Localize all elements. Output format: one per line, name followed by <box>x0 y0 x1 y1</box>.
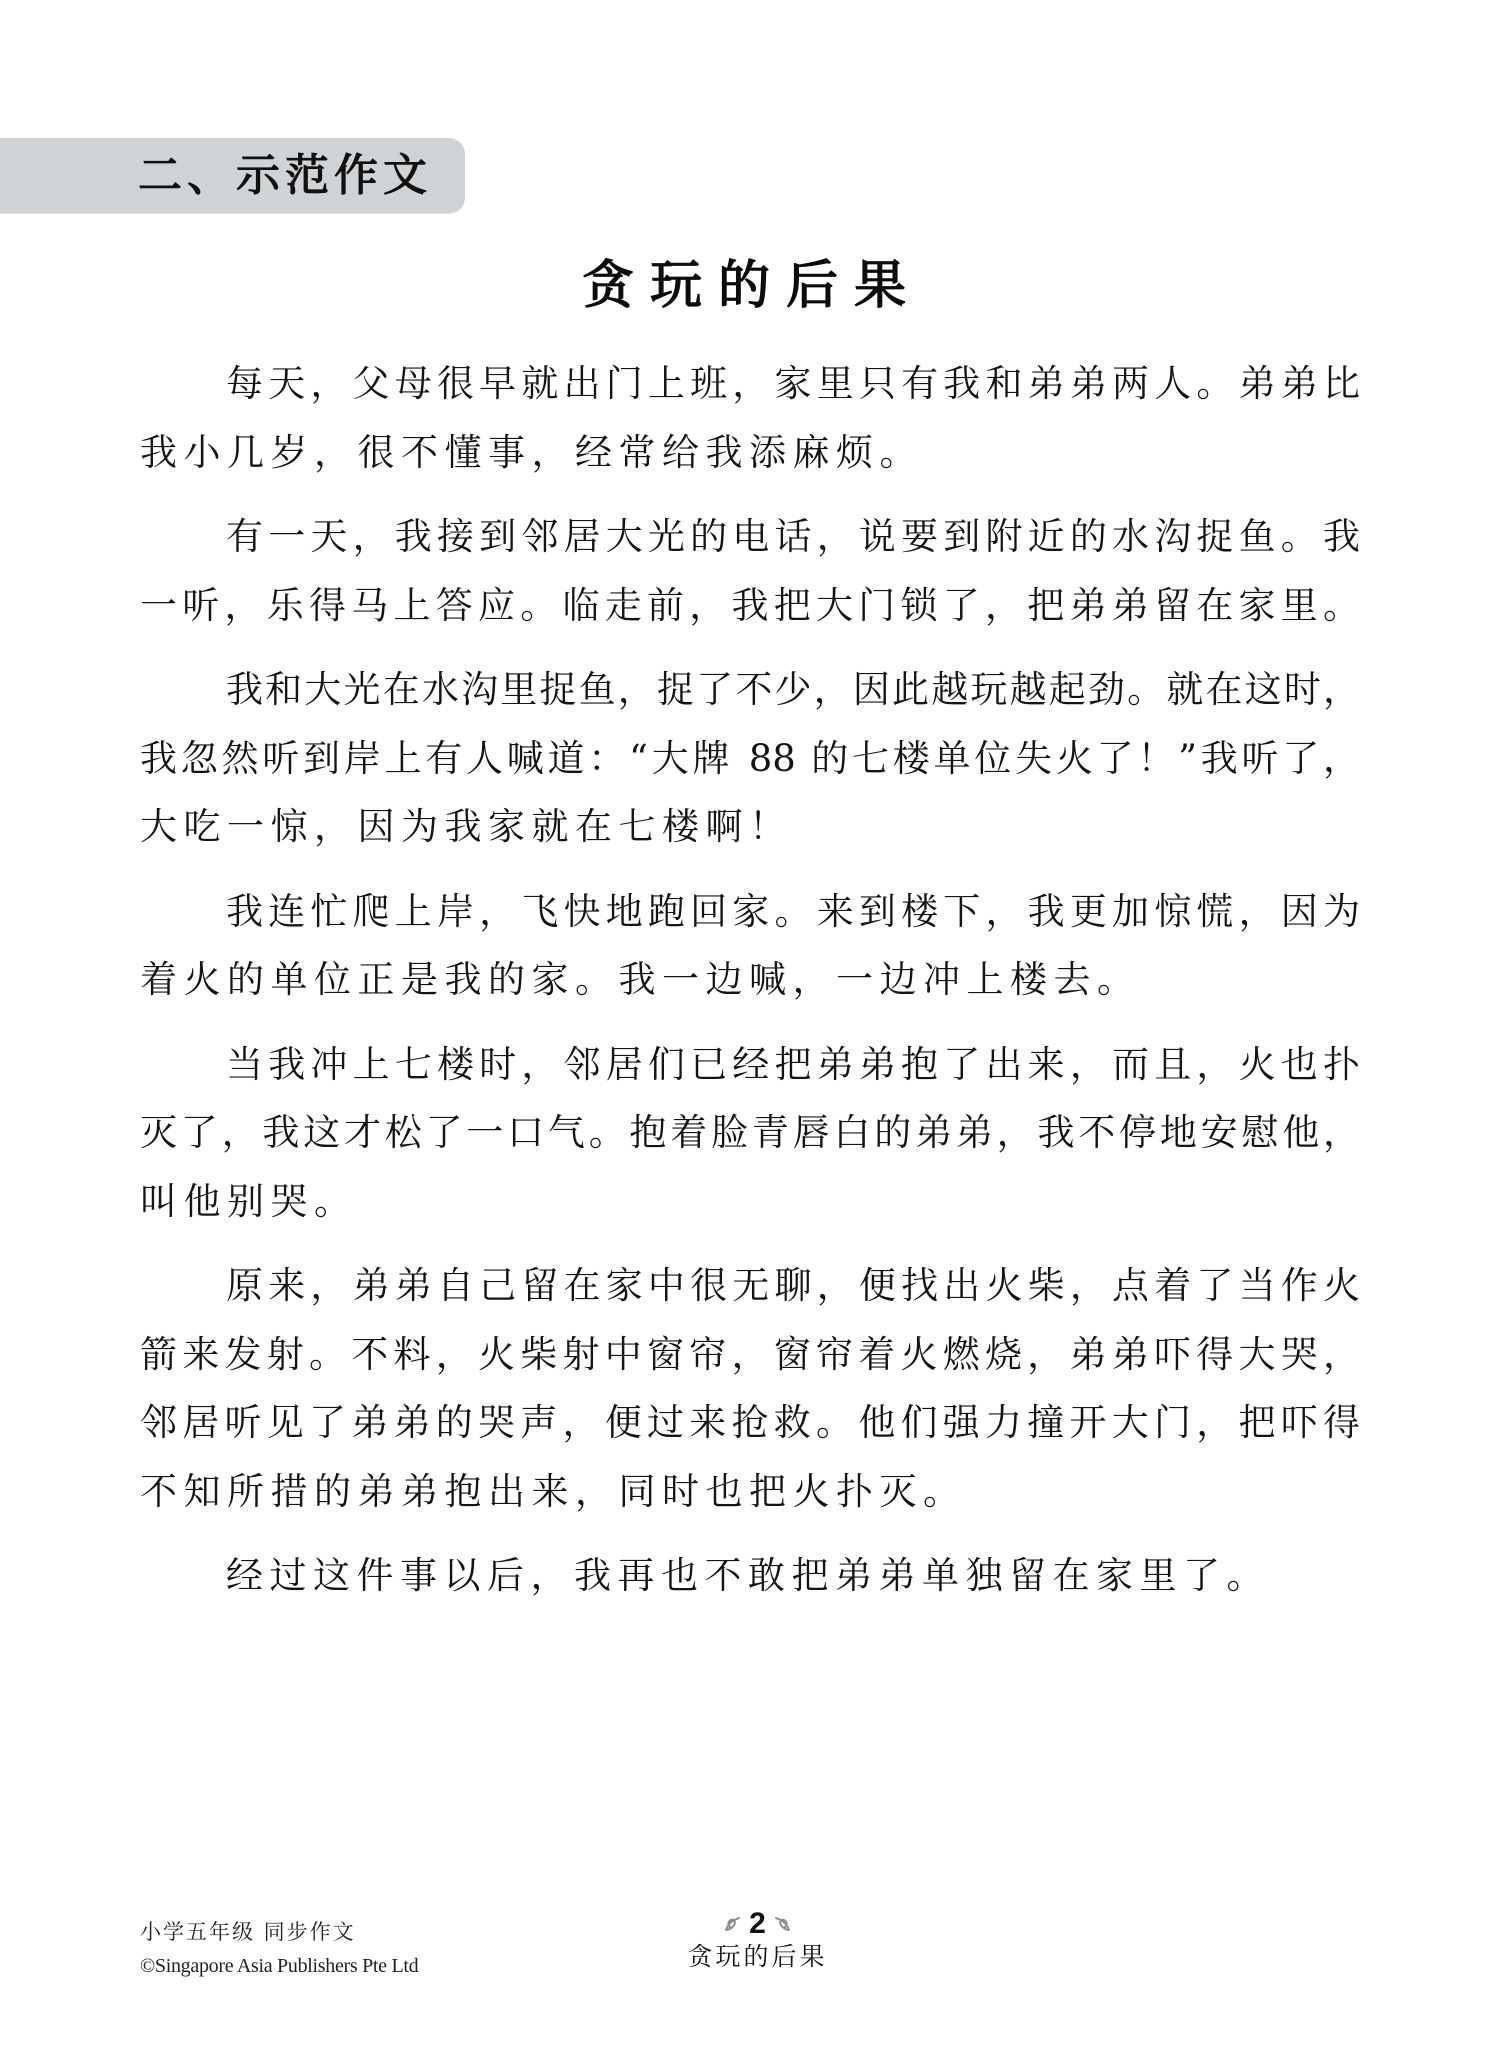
paragraph-6: 原来，弟弟自己留在家中很无聊，便找出火柴，点着了当作火 箭来发射。不料，火柴射中… <box>140 1252 1360 1526</box>
paragraph-7: 经过这件事以后，我再也不敢把弟弟单独留在家里了。 <box>140 1542 1360 1611</box>
essay-title: 贪玩的后果 <box>0 256 1500 316</box>
paragraph-line: 我和大光在水沟里捉鱼，捉了不少，因此越玩越起劲。就在这时， <box>140 656 1360 725</box>
footer-copyright: ©Singapore Asia Publishers Pte Ltd <box>140 1954 418 1978</box>
paragraph-line: 一听，乐得马上答应。临走前，我把大门锁了，把弟弟留在家里。 <box>140 572 1360 641</box>
paragraph-line: 我小几岁，很不懂事，经常给我添麻烦。 <box>140 419 1360 488</box>
paragraph-line: 灭了，我这才松了一口气。抱着脸青唇白的弟弟，我不停地安慰他， <box>140 1099 1360 1168</box>
paragraph-line: 大吃一惊，因为我家就在七楼啊！ <box>140 793 1360 862</box>
section-heading-tab: 二、示范作文 <box>0 138 465 213</box>
footer-publisher-info: 小学五年级 同步作文 ©Singapore Asia Publishers Pt… <box>140 1918 418 1978</box>
paragraph-line: 当我冲上七楼时，邻居们已经把弟弟抱了出来，而且，火也扑 <box>140 1031 1360 1100</box>
paragraph-4: 我连忙爬上岸，飞快地跑回家。来到楼下，我更加惊慌，因为 着火的单位正是我的家。我… <box>140 878 1360 1015</box>
paragraph-line: 箭来发射。不料，火柴射中窗帘，窗帘着火燃烧，弟弟吓得大哭， <box>140 1321 1360 1390</box>
essay-body: 每天，父母很早就出门上班，家里只有我和弟弟两人。弟弟比 我小几岁，很不懂事，经常… <box>140 350 1360 1627</box>
section-heading-label: 二、示范作文 <box>138 152 432 200</box>
paragraph-3: 我和大光在水沟里捉鱼，捉了不少，因此越玩越起劲。就在这时， 我忽然听到岸上有人喊… <box>140 656 1360 862</box>
footer-page-info: 2 贪玩的后果 <box>650 1908 865 1972</box>
paragraph-5: 当我冲上七楼时，邻居们已经把弟弟抱了出来，而且，火也扑 灭了，我这才松了一口气。… <box>140 1031 1360 1237</box>
paragraph-line: 原来，弟弟自己留在家中很无聊，便找出火柴，点着了当作火 <box>140 1252 1360 1321</box>
paragraph-line: 有一天，我接到邻居大光的电话，说要到附近的水沟捉鱼。我 <box>140 503 1360 572</box>
page-number: 2 <box>749 1909 766 1939</box>
paragraph-line: 叫他别哭。 <box>140 1168 1360 1237</box>
footer-running-title: 贪玩的后果 <box>650 1942 865 1972</box>
swirl-ornament-right-icon <box>772 1914 792 1934</box>
paragraph-line: 每天，父母很早就出门上班，家里只有我和弟弟两人。弟弟比 <box>140 350 1360 419</box>
paragraph-line: 不知所措的弟弟抱出来，同时也把火扑灭。 <box>140 1458 1360 1527</box>
paragraph-1: 每天，父母很早就出门上班，家里只有我和弟弟两人。弟弟比 我小几岁，很不懂事，经常… <box>140 350 1360 487</box>
paragraph-line: 我忽然听到岸上有人喊道：“大牌 88 的七楼单位失火了！”我听了， <box>140 725 1360 794</box>
paragraph-line: 邻居听见了弟弟的哭声，便过来抢救。他们强力撞开大门，把吓得 <box>140 1389 1360 1458</box>
paragraph-2: 有一天，我接到邻居大光的电话，说要到附近的水沟捉鱼。我 一听，乐得马上答应。临走… <box>140 503 1360 640</box>
paragraph-line: 经过这件事以后，我再也不敢把弟弟单独留在家里了。 <box>140 1542 1360 1611</box>
footer-series-title: 小学五年级 同步作文 <box>140 1918 418 1946</box>
paragraph-line: 着火的单位正是我的家。我一边喊，一边冲上楼去。 <box>140 946 1360 1015</box>
paragraph-line: 我连忙爬上岸，飞快地跑回家。来到楼下，我更加惊慌，因为 <box>140 878 1360 947</box>
swirl-ornament-left-icon <box>723 1914 743 1934</box>
page-number-row: 2 <box>650 1908 865 1940</box>
